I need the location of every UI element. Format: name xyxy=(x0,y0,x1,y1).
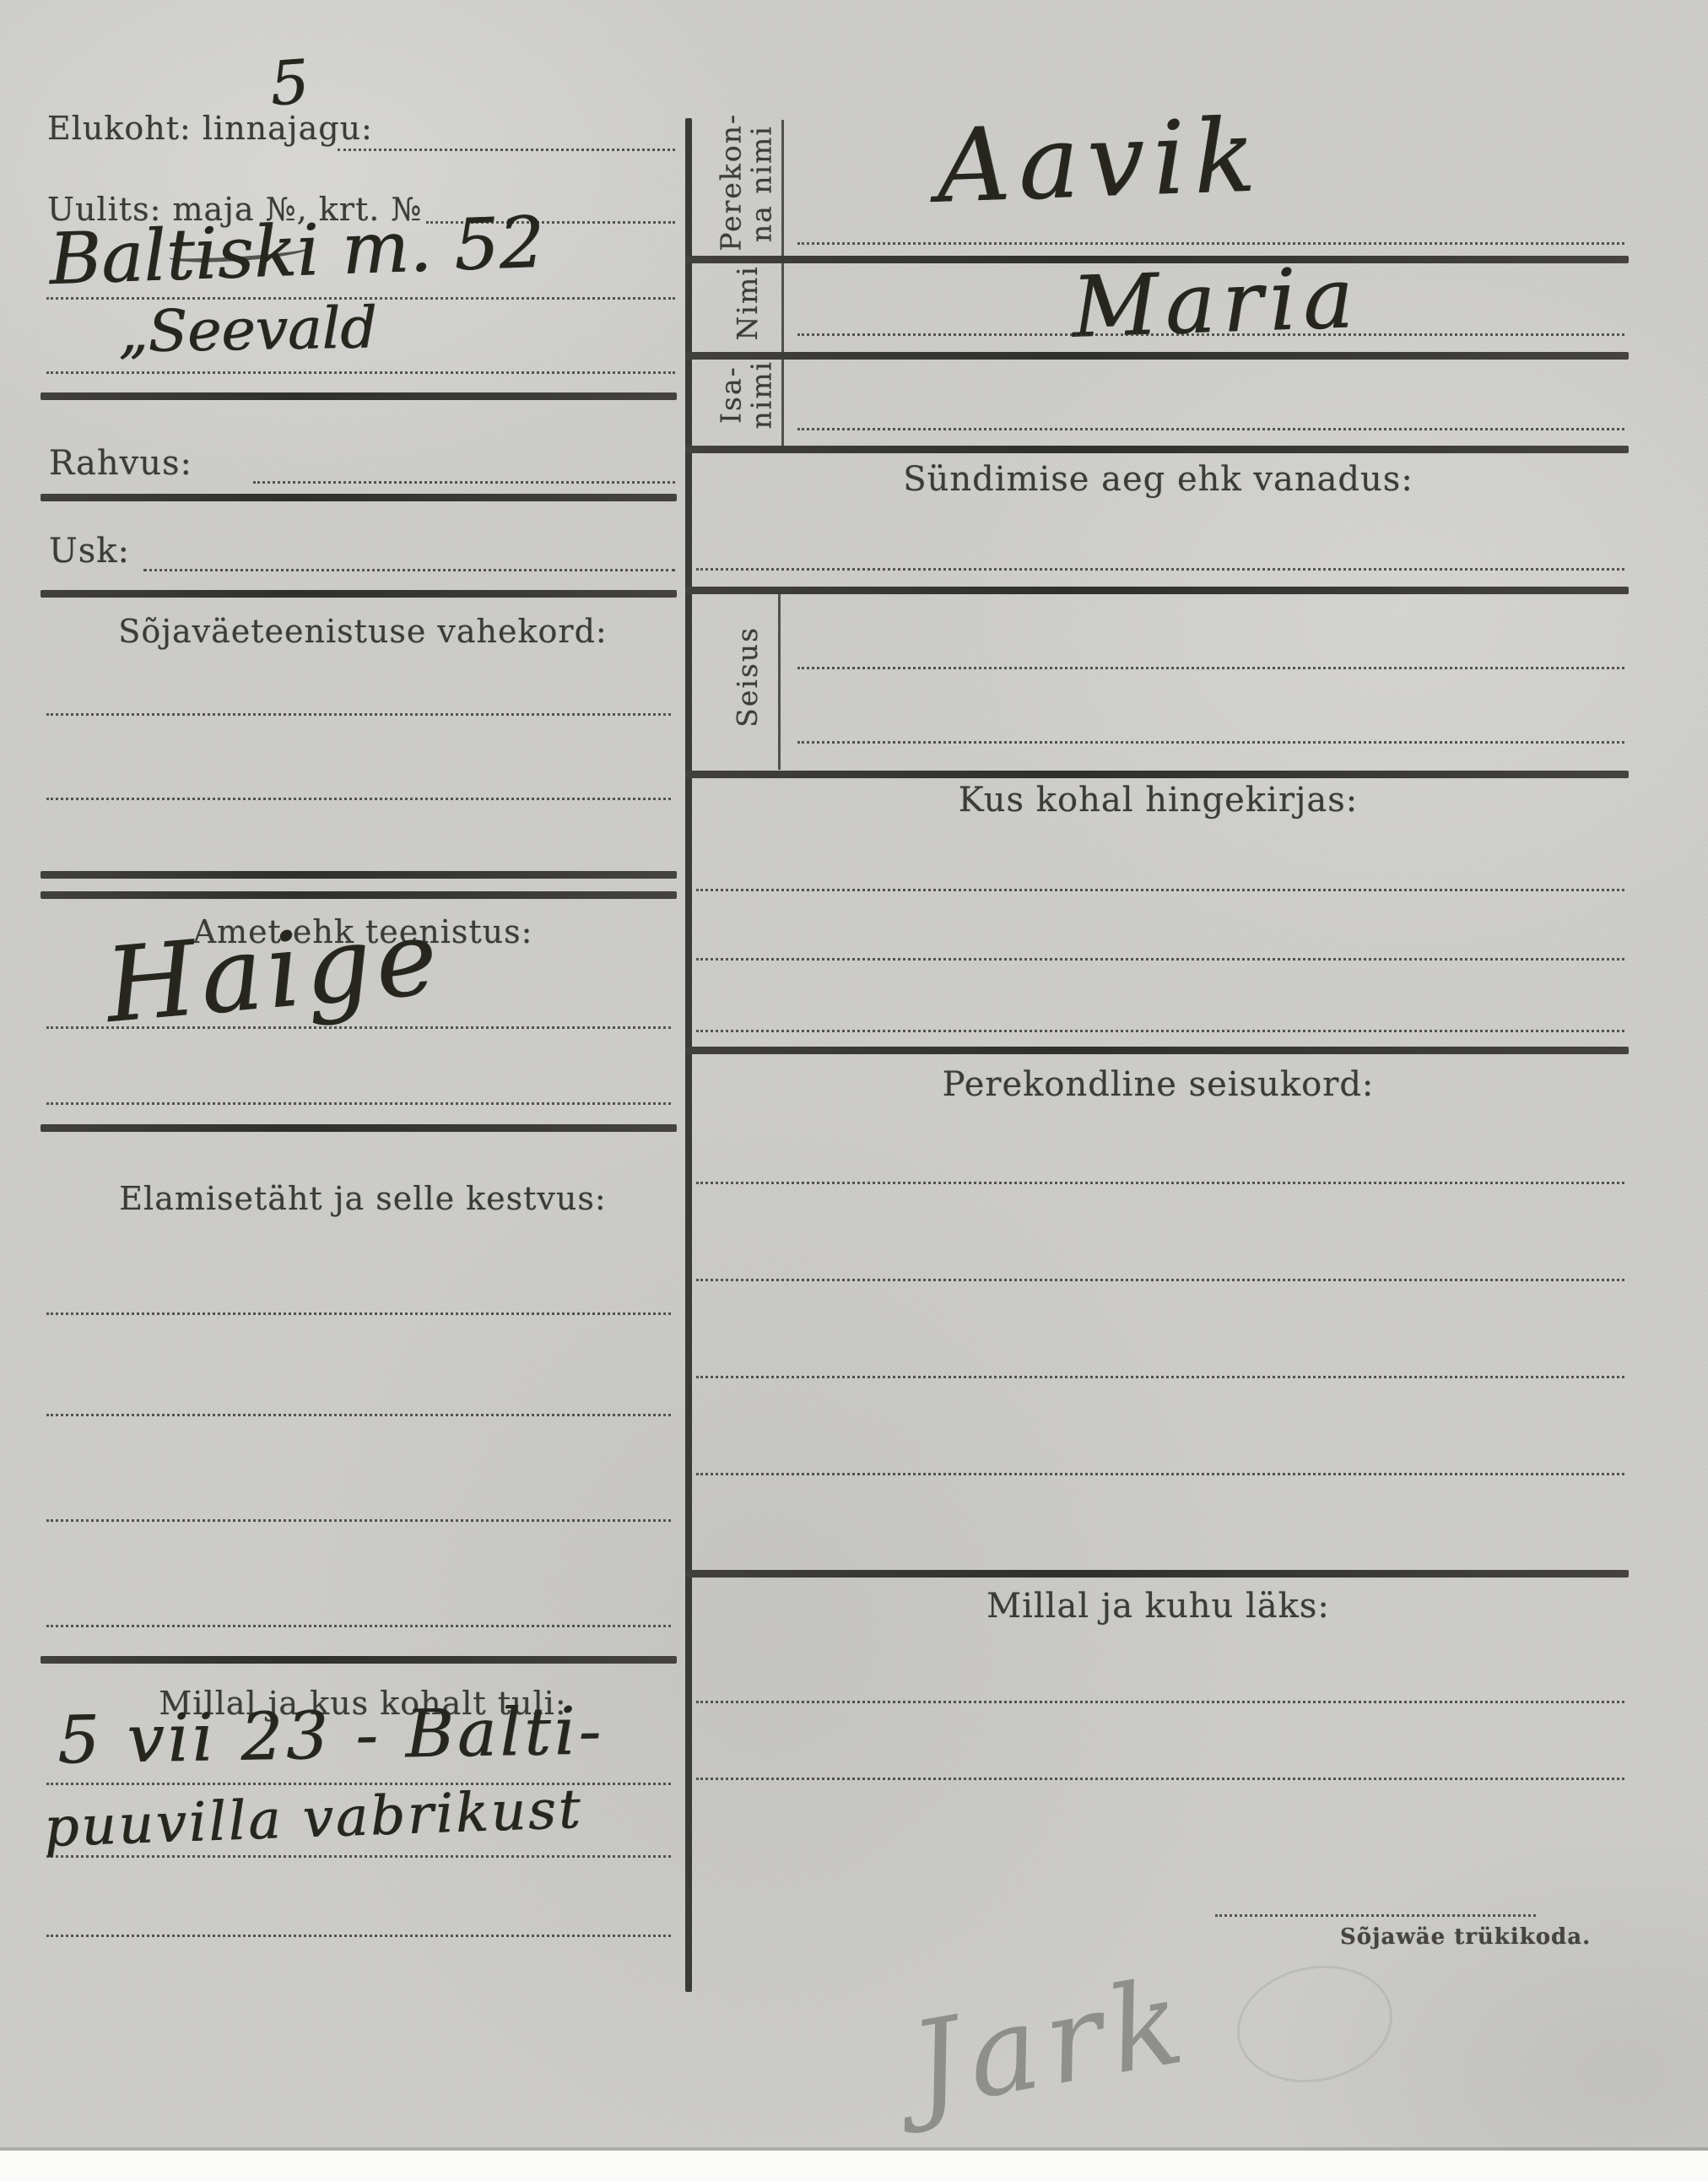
street-value-line2-handwritten: „Seevald xyxy=(117,295,377,365)
pencil-note-handwritten: Jark xyxy=(901,1951,1201,2135)
scan-edge xyxy=(0,2151,1708,2181)
residence-permit-label: Elamisetäht ja selle kestvus: xyxy=(51,1180,675,1217)
dotted-line xyxy=(338,149,675,151)
registration-card-scan: Elukoht: linnajagu: 5 Uulits: maja №, kr… xyxy=(0,0,1708,2181)
father-name-label-line1: Isa- xyxy=(714,365,747,424)
first-name-value-handwritten: Maria xyxy=(1070,248,1361,357)
rule-bar xyxy=(685,1570,1629,1578)
rule-bar xyxy=(41,1124,677,1132)
father-name-label: Isa- nimi xyxy=(716,353,776,437)
rule-bar xyxy=(41,590,677,598)
surname-label-line1: Perekon- xyxy=(714,113,747,252)
rule-bar xyxy=(41,392,677,400)
dotted-line xyxy=(143,569,675,571)
rule-bar xyxy=(685,446,1629,453)
dotted-line xyxy=(696,1778,1624,1780)
dotted-line xyxy=(696,889,1624,891)
departure-label: Millal ja kuhu läks: xyxy=(688,1587,1629,1626)
rule-bar xyxy=(41,891,677,899)
dotted-line xyxy=(797,333,1624,336)
dotted-line xyxy=(46,1312,671,1315)
dotted-line xyxy=(1215,1914,1536,1917)
arrival-value-line1-handwritten: 5 vii 23 - Balti- xyxy=(57,1693,604,1778)
label-cell-line xyxy=(781,120,784,446)
dotted-line xyxy=(696,1473,1624,1475)
dotted-line xyxy=(46,1625,671,1627)
dotted-line xyxy=(46,1855,671,1858)
surname-label-line2: na nimi xyxy=(744,125,777,242)
residence-value-handwritten: 5 xyxy=(268,46,311,120)
rule-bar xyxy=(41,1656,677,1664)
dotted-line xyxy=(46,1026,671,1029)
rule-bar xyxy=(41,494,677,501)
label-cell-line xyxy=(778,591,781,770)
dotted-line xyxy=(797,667,1624,669)
religion-label: Usk: xyxy=(49,532,130,571)
dotted-line xyxy=(696,958,1624,961)
dotted-line xyxy=(696,1701,1624,1703)
rule-bar xyxy=(685,587,1629,594)
column-divider xyxy=(685,118,692,1992)
smudge-mark xyxy=(1226,1951,1403,2097)
nationality-label: Rahvus: xyxy=(49,444,192,483)
military-service-label: Sõjaväeteenistuse vahekord: xyxy=(51,613,675,650)
dotted-line xyxy=(797,428,1624,430)
birth-label: Sündimise aeg ehk vanadus: xyxy=(688,460,1629,499)
dotted-line xyxy=(797,741,1624,744)
dotted-line xyxy=(46,1519,671,1522)
dotted-line xyxy=(46,1102,671,1105)
father-name-label-line2: nimi xyxy=(744,360,777,430)
street-value-line1-handwritten: Baltiski m. 52 xyxy=(47,201,545,300)
registry-label: Kus kohal hingekirjas: xyxy=(688,781,1629,820)
paper-edge-shadow xyxy=(0,2147,1708,2151)
residence-label: Elukoht: linnajagu: xyxy=(47,110,373,147)
dotted-line xyxy=(46,713,671,716)
rule-bar xyxy=(685,771,1629,778)
dotted-line xyxy=(46,371,675,374)
first-name-label: Nimi xyxy=(732,261,763,345)
dotted-line xyxy=(696,568,1624,571)
dotted-line xyxy=(696,1279,1624,1281)
surname-value-handwritten: Aavik xyxy=(935,97,1266,225)
dotted-line xyxy=(46,1414,671,1416)
family-status-label: Perekondline seisukord: xyxy=(688,1065,1629,1104)
status-label: Seisus xyxy=(732,622,763,732)
surname-label: Perekon- na nimi xyxy=(716,116,776,252)
printer-mark: Sõjawäe trükikoda. xyxy=(1340,1924,1591,1950)
dotted-line xyxy=(696,1182,1624,1184)
rule-bar xyxy=(685,1047,1629,1054)
arrival-value-line2-handwritten: puuvilla vabrikust xyxy=(43,1778,584,1859)
dotted-line xyxy=(253,481,675,484)
dotted-line xyxy=(696,1030,1624,1032)
dotted-line xyxy=(797,242,1624,245)
rule-bar xyxy=(41,871,677,879)
dotted-line xyxy=(696,1376,1624,1378)
rule-bar xyxy=(685,352,1629,360)
dotted-line xyxy=(46,798,671,800)
dotted-line xyxy=(46,1935,671,1937)
